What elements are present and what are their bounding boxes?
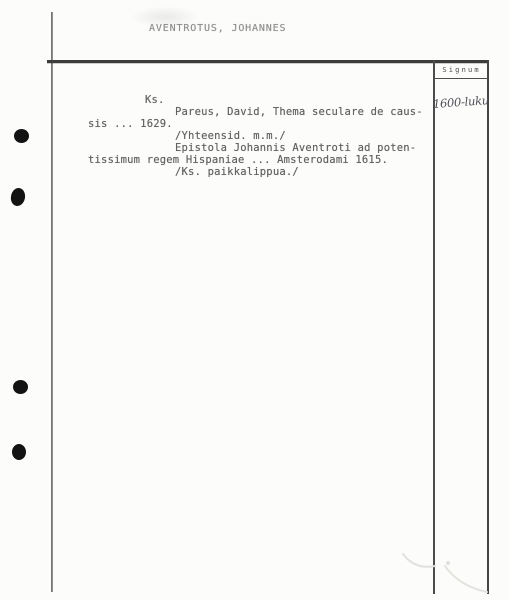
signum-column-left-rule	[433, 60, 435, 594]
hole-punch-3	[13, 380, 28, 394]
signum-column-right-rule	[487, 60, 489, 594]
table-top-rule	[47, 60, 488, 63]
hole-punch-4	[12, 444, 26, 460]
body-line-placement-note: /Ks. paikkalippua./	[175, 166, 299, 178]
card-heading: AVENTROTUS, JOHANNES	[149, 23, 286, 34]
hole-punch-1	[14, 129, 29, 143]
body-line-epistola-continuation: tissimum regem Hispaniae ... Amsterodami…	[88, 154, 388, 166]
body-line-ks-reference: Ks.	[145, 94, 165, 106]
signum-column-header: Signum	[433, 62, 488, 77]
body-line-epistola-start: Epistola Johannis Aventroti ad poten-	[175, 142, 416, 154]
body-line-binding-note: /Yhteensid. m.m./	[175, 130, 286, 142]
body-line-title-continuation: sis ... 1629.	[88, 118, 173, 130]
catalog-card-scan: AVENTROTUS, JOHANNES Signum 1600-luku Ks…	[0, 0, 509, 600]
body-line-title-start: Pareus, David, Thema seculare de caus-	[175, 106, 423, 118]
signum-handwritten-value: 1600-luku	[433, 93, 494, 111]
faint-pencil-smudges	[395, 540, 509, 600]
signum-header-bottom-rule	[433, 78, 488, 79]
left-margin-rule	[51, 12, 53, 592]
hole-punch-2	[9, 187, 26, 208]
